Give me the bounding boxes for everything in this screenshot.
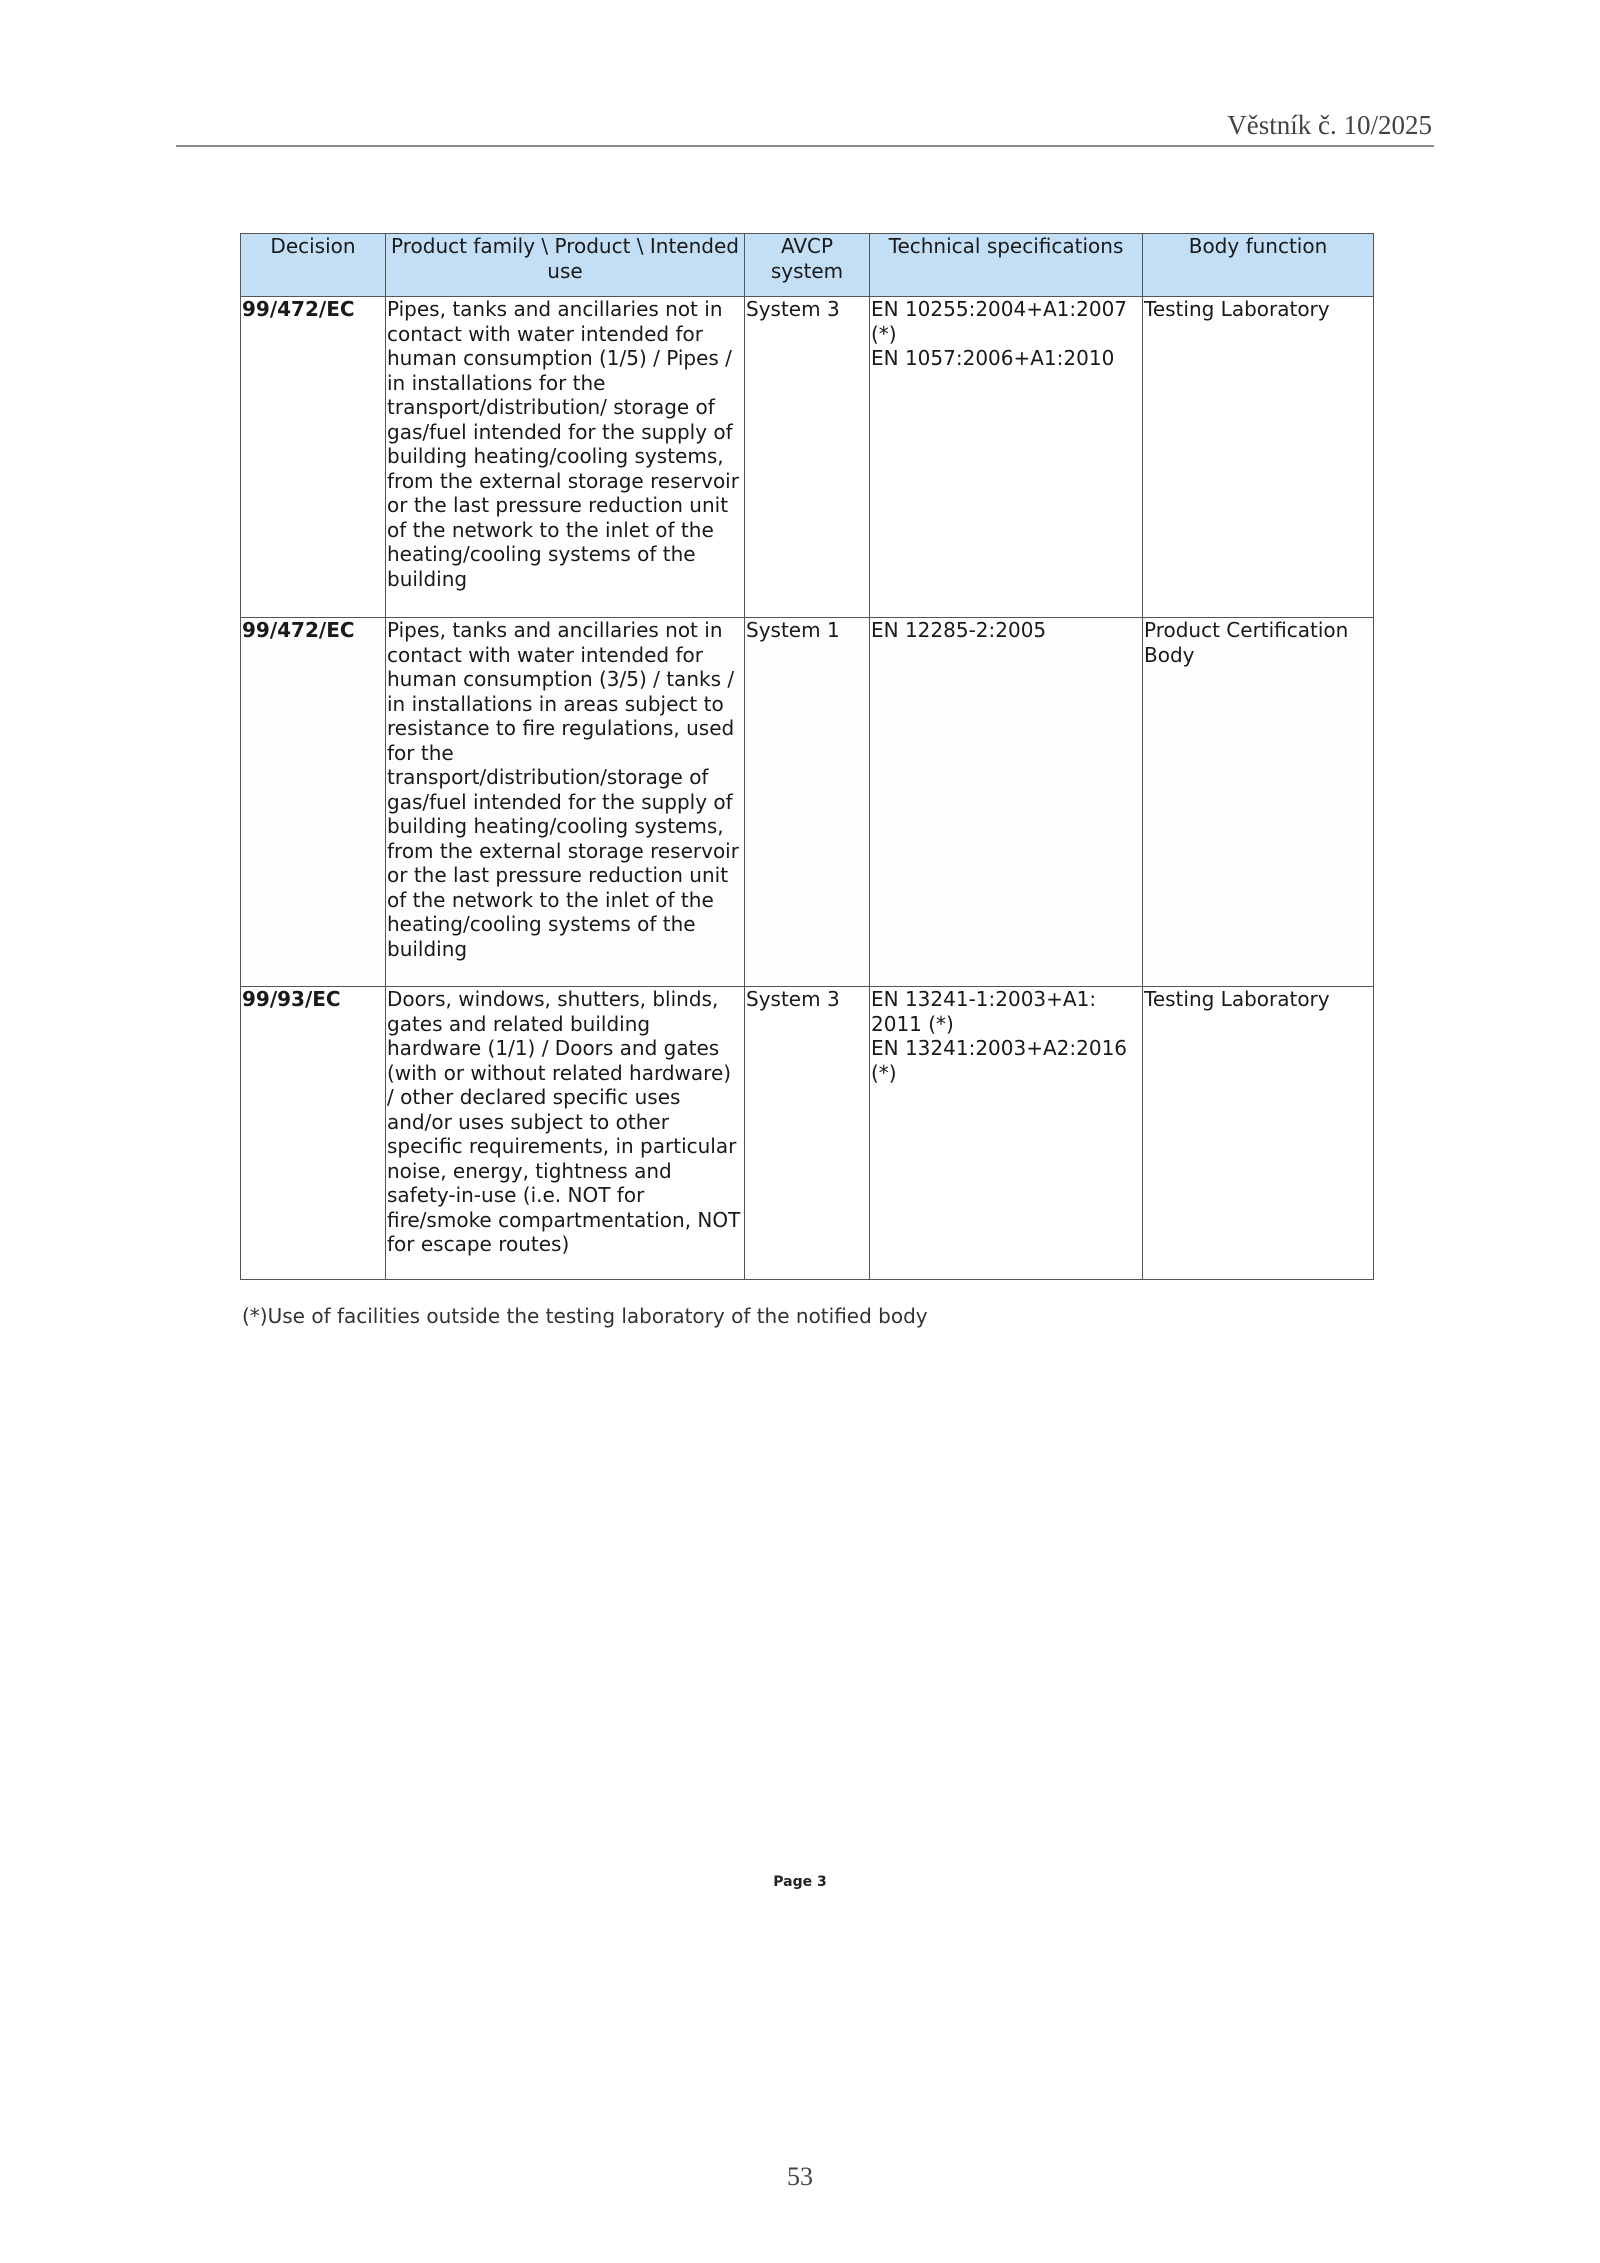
spec-line: EN 13241-1:2003+A1: 2011 (*) xyxy=(871,987,1141,1036)
table-row: 99/472/EC Pipes, tanks and ancillaries n… xyxy=(241,297,1374,618)
body-function-cell: Testing Laboratory xyxy=(1143,297,1374,618)
column-header-specs: Technical specifications xyxy=(870,234,1143,297)
page-number: 53 xyxy=(700,2162,900,2192)
specs-cell: EN 12285-2:2005 xyxy=(870,618,1143,987)
page-label: Page 3 xyxy=(700,1874,900,1890)
decision-cell: 99/472/EC xyxy=(241,297,386,618)
avcp-cell: System 3 xyxy=(745,987,870,1280)
specs-cell: EN 10255:2004+A1:2007 (*) EN 1057:2006+A… xyxy=(870,297,1143,618)
header-rule xyxy=(176,145,1434,147)
product-cell: Doors, windows, shutters, blinds, gates … xyxy=(386,987,745,1280)
table-row: 99/93/EC Doors, windows, shutters, blind… xyxy=(241,987,1374,1280)
column-header-body: Body function xyxy=(1143,234,1374,297)
avcp-cell: System 3 xyxy=(745,297,870,618)
body-function-cell: Product Certification Body xyxy=(1143,618,1374,987)
body-function-cell: Testing Laboratory xyxy=(1143,987,1374,1280)
table-header-row: Decision Product family \ Product \ Inte… xyxy=(241,234,1374,297)
avcp-cell: System 1 xyxy=(745,618,870,987)
journal-title: Věstník č. 10/2025 xyxy=(1100,110,1432,141)
spec-line: EN 13241:2003+A2:2016 (*) xyxy=(871,1036,1141,1085)
specifications-table: Decision Product family \ Product \ Inte… xyxy=(240,233,1374,1280)
spec-line: EN 1057:2006+A1:2010 xyxy=(871,346,1141,371)
column-header-avcp: AVCP system xyxy=(745,234,870,297)
table-row: 99/472/EC Pipes, tanks and ancillaries n… xyxy=(241,618,1374,987)
decision-cell: 99/93/EC xyxy=(241,987,386,1280)
specs-cell: EN 13241-1:2003+A1: 2011 (*) EN 13241:20… xyxy=(870,987,1143,1280)
decision-cell: 99/472/EC xyxy=(241,618,386,987)
product-cell: Pipes, tanks and ancillaries not in cont… xyxy=(386,297,745,618)
product-cell: Pipes, tanks and ancillaries not in cont… xyxy=(386,618,745,987)
spec-line: EN 10255:2004+A1:2007 (*) xyxy=(871,297,1141,346)
spec-line: EN 12285-2:2005 xyxy=(871,618,1141,643)
column-header-product: Product family \ Product \ Intended use xyxy=(386,234,745,297)
footnote: (*)Use of facilities outside the testing… xyxy=(242,1304,928,1328)
column-header-decision: Decision xyxy=(241,234,386,297)
